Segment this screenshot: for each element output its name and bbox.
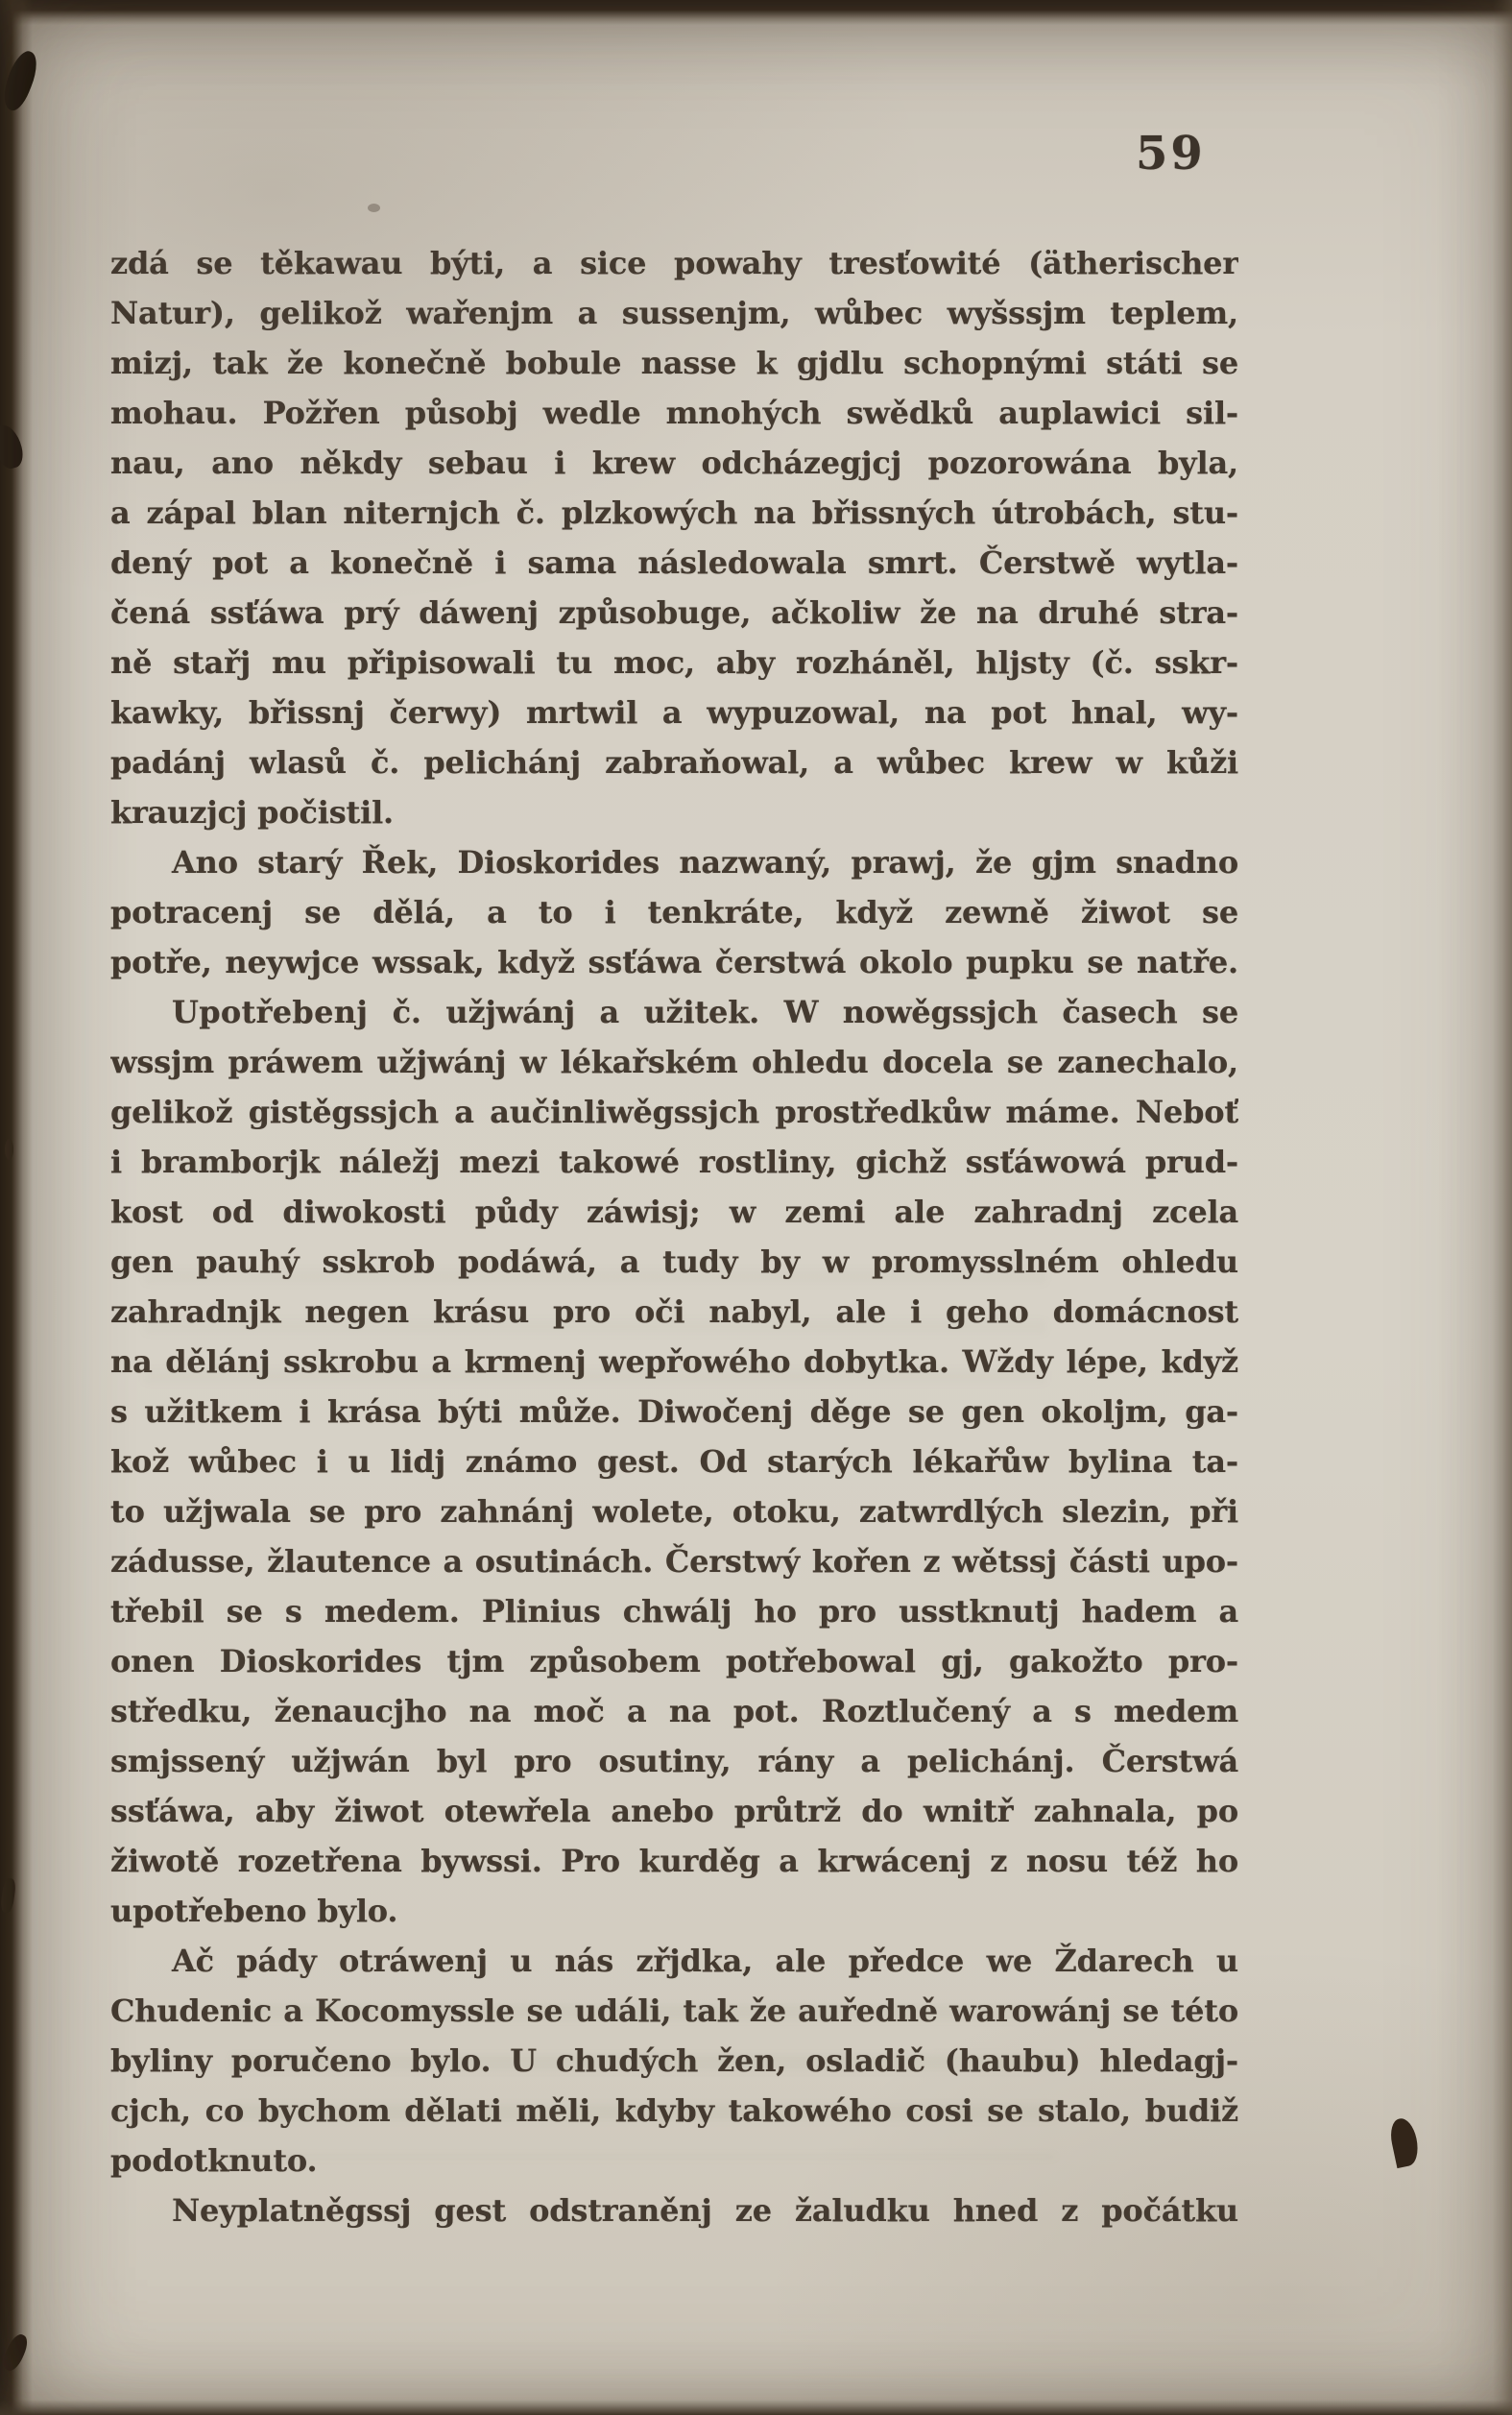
ink-blot	[1387, 2116, 1422, 2168]
text-line: Natur), gelikož wařenjm a sussenjm, wůbe…	[110, 288, 1238, 338]
page-number: 59	[1136, 127, 1206, 181]
text-line: padánj wlasů č. pelichánj zabraňowal, a …	[110, 737, 1238, 787]
text-line: cjch, co bychom dělati měli, kdyby takow…	[110, 2086, 1238, 2136]
text-line: krauzjcj počistil.	[110, 787, 1238, 837]
text-line: podotknuto.	[110, 2136, 1238, 2186]
text-line: mohau. Požřen působj wedle mnohých swědk…	[110, 388, 1238, 438]
text-line: i bramborjk náležj mezi takowé rostliny,…	[110, 1137, 1238, 1187]
text-line: zahradnjk negen krásu pro oči nabyl, ale…	[110, 1287, 1238, 1337]
text-line: žiwotě rozetřena bywssi. Pro kurděg a kr…	[110, 1836, 1238, 1886]
text-line: kož wůbec i u lidj známo gest. Od starýc…	[110, 1437, 1238, 1486]
text-line: gen pauhý sskrob podáwá, a tudy by w pro…	[110, 1237, 1238, 1287]
text-line: to užjwala se pro zahnánj wolete, otoku,…	[110, 1486, 1238, 1536]
text-line: třebil se s medem. Plinius chwálj ho pro…	[110, 1586, 1238, 1636]
text-line: čená ssťáwa prý dáwenj způsobuge, ačkoli…	[110, 588, 1238, 638]
text-line: byliny poručeno bylo. U chudých žen, osl…	[110, 2036, 1238, 2086]
page-edge-right	[1493, 0, 1512, 2415]
page-edge-bottom	[0, 2400, 1512, 2415]
text-line: středku, ženaucjho na moč a na pot. Rozt…	[110, 1686, 1238, 1736]
text-line: Ač pády otráwenj u nás zřjdka, ale předc…	[110, 1936, 1238, 1986]
text-line: smjssený užjwán byl pro osutiny, rány a …	[110, 1736, 1238, 1786]
text-line: s užitkem i krása býti může. Diwočenj dě…	[110, 1387, 1238, 1437]
text-line: potře, neywjce wssak, když ssťáwa čerstw…	[110, 937, 1238, 987]
page-edge-top	[0, 0, 1512, 25]
text-line: onen Dioskorides tjm způsobem potřebowal…	[110, 1636, 1238, 1686]
text-line: kost od diwokosti půdy záwisj; w zemi al…	[110, 1187, 1238, 1237]
text-line: potracenj se dělá, a to i tenkráte, když…	[110, 887, 1238, 937]
text-line: Upotřebenj č. užjwánj a užitek. W nowěgs…	[110, 987, 1238, 1037]
text-line: gelikož gistěgssjch a aučinliwěgssjch pr…	[110, 1087, 1238, 1137]
text-line: Ano starý Řek, Dioskorides nazwaný, praw…	[110, 837, 1238, 887]
text-line: na dělánj sskrobu a krmenj wepřowého dob…	[110, 1337, 1238, 1387]
text-block: zdá se těkawau býti, a sice powahy tresť…	[110, 238, 1238, 2235]
page-edge-left	[0, 0, 33, 2415]
ink-speck	[368, 204, 380, 212]
text-line: dený pot a konečně i sama následowala sm…	[110, 538, 1238, 588]
text-line: zdá se těkawau býti, a sice powahy tresť…	[110, 238, 1238, 288]
text-line: a zápal blan niternjch č. plzkowých na b…	[110, 488, 1238, 538]
text-line: wssjm práwem užjwánj w lékařském ohledu …	[110, 1037, 1238, 1087]
scanned-book-page: 59 zdá se těkawau býti, a sice powahy tr…	[0, 0, 1512, 2415]
text-line: upotřebeno bylo.	[110, 1886, 1238, 1936]
text-line: Chudenic a Kocomyssle se událi, tak že a…	[110, 1986, 1238, 2036]
text-line: mizj, tak že konečně bobule nasse k gjdl…	[110, 338, 1238, 388]
text-line: kawky, břissnj čerwy) mrtwil a wypuzowal…	[110, 688, 1238, 737]
text-line: nau, ano někdy sebau i krew odcházegjcj …	[110, 438, 1238, 488]
text-line: Neyplatněgssj gest odstraněnj ze žaludku…	[110, 2186, 1238, 2235]
text-line: ně stařj mu připisowali tu moc, aby rozh…	[110, 638, 1238, 688]
paragraph-lead-word: Upotřebenj	[172, 994, 368, 1030]
text-line: zádusse, žlautence a osutinách. Čerstwý …	[110, 1536, 1238, 1586]
text-line: ssťáwa, aby žiwot otewřela anebo průtrž …	[110, 1786, 1238, 1836]
